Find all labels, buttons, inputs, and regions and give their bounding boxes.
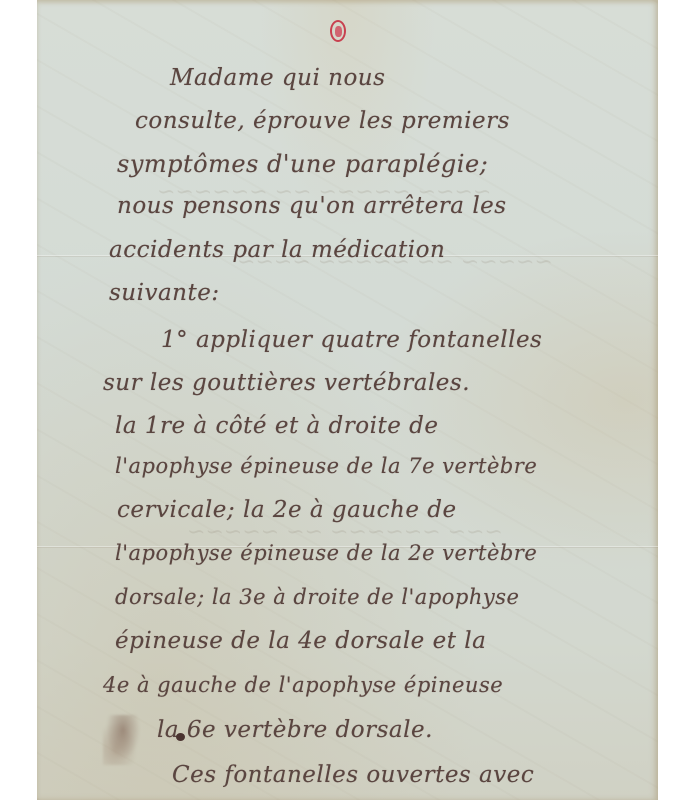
letter-line: Madame qui nous [170,65,385,91]
letter-line: sur les gouttières vertébrales. [103,370,470,396]
red-embossed-seal-icon [330,20,346,42]
letter-line: l'apophyse épineuse de la 7e vertèbre [115,454,537,478]
letter-line: 4e à gauche de l'apophyse épineuse [103,673,503,697]
ink-smudge [103,715,143,765]
letter-line: accidents par la médication [109,237,445,263]
seal-emblem [335,26,342,37]
letter-line: la 6e vertèbre dorsale. [157,717,433,743]
letter-line: épineuse de la 4e dorsale et la [115,628,486,654]
letter-line: l'apophyse épineuse de la 2e vertèbre [115,541,537,565]
letter-line: Ces fontanelles ouvertes avec [172,762,534,788]
letter-line: consulte, éprouve les premiers [135,108,510,134]
letter-line: symptômes d'une paraplégie; [117,150,488,178]
letter-line: nous pensons qu'on arrêtera les [117,193,507,219]
letter-line: dorsale; la 3e à droite de l'apophyse [115,585,519,609]
ink-blot-dot [176,733,185,741]
letter-page: ~~~~ ~~~~~ ~~ ~~~~~~ ~~~~~ ~~ ~~~~~ ~~~~… [37,0,658,800]
letter-line: suivante: [109,280,220,306]
letter-line: la 1re à côté et à droite de [115,413,438,439]
letter-line: cervicale; la 2e à gauche de [117,497,457,523]
letter-line: 1° appliquer quatre fontanelles [161,327,542,353]
